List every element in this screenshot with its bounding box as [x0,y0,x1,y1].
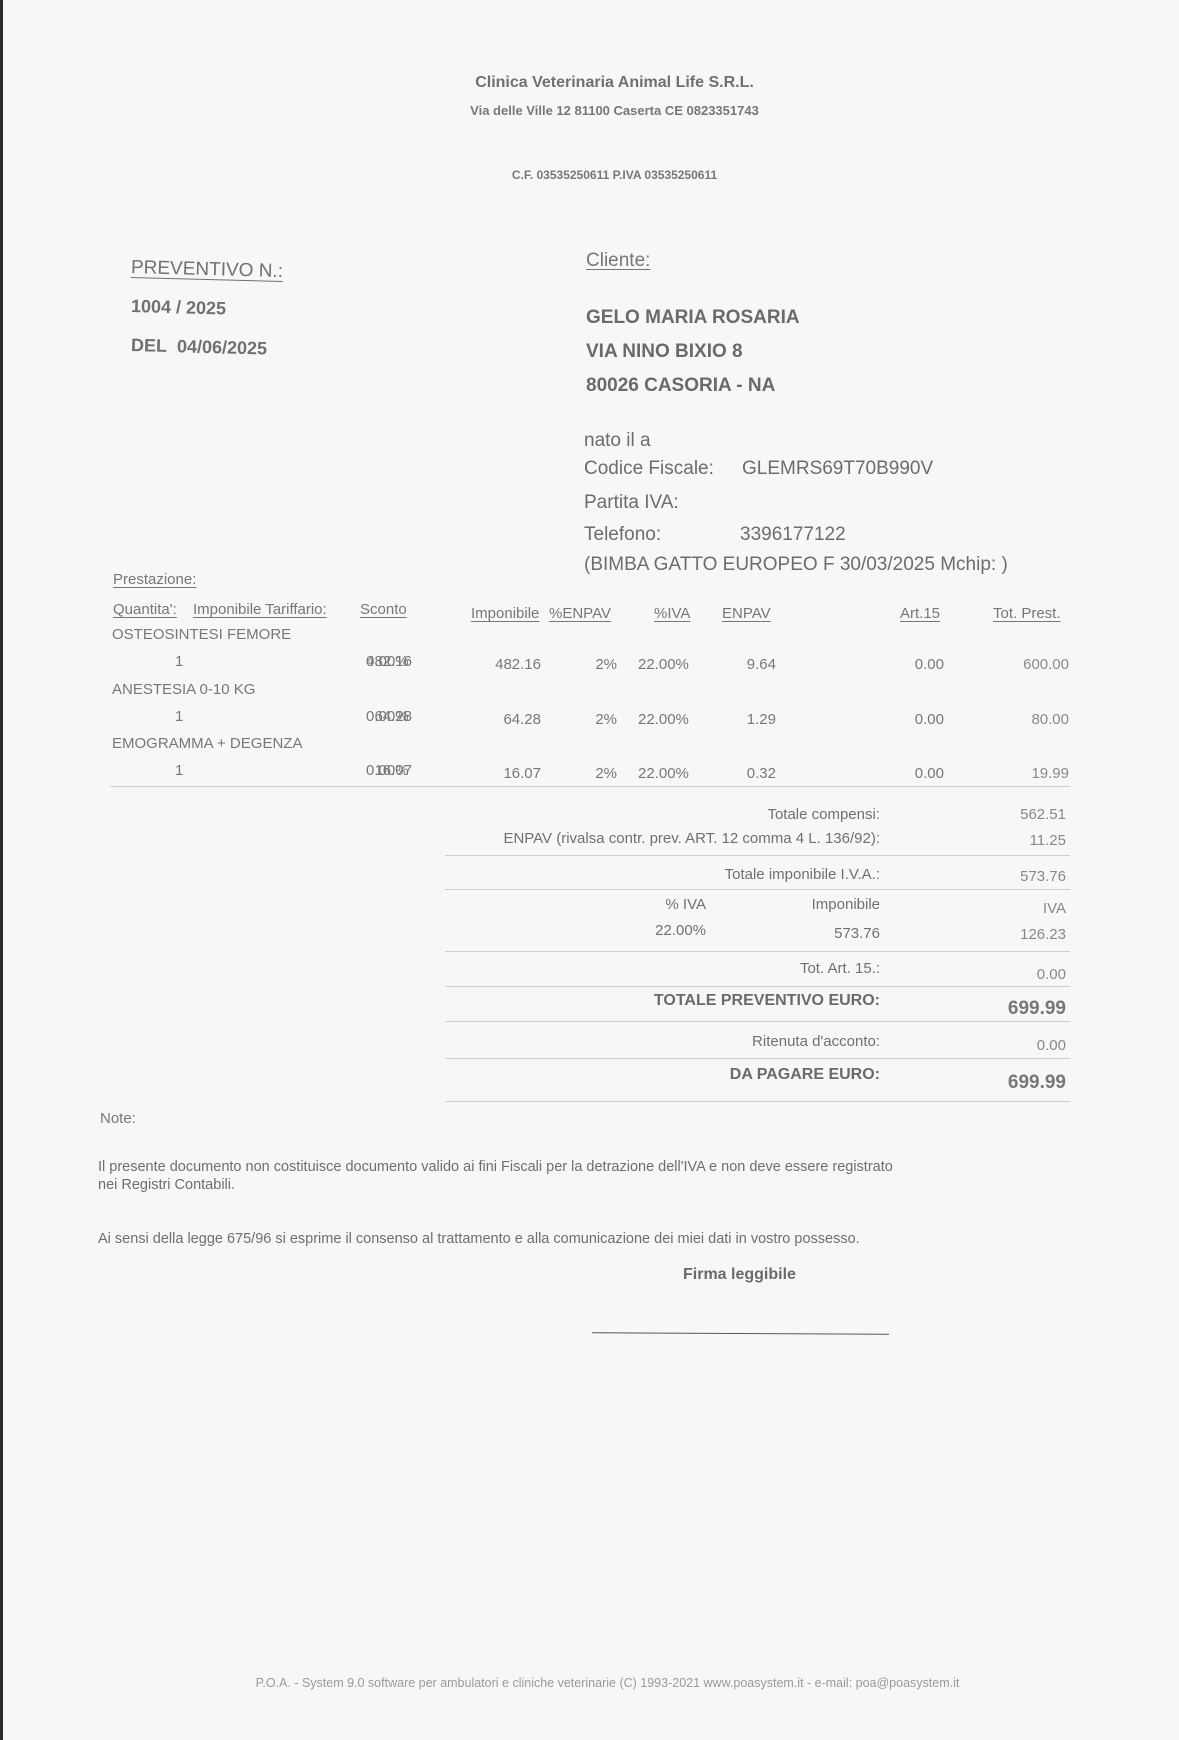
summary-divider [445,1058,1070,1059]
row-enpav: 9.64 [747,656,776,673]
signature-label: Firma leggibile [683,1266,796,1284]
row-sconto: 0.00% [366,762,409,779]
iva-col-perc: % IVA [665,896,706,913]
row-imponibile: 16.07 [503,765,541,782]
col-art15: Art.15 [900,605,940,622]
tot-art15-label: Tot. Art. 15.: [800,960,880,977]
row-tot-prest: 80.00 [1031,711,1069,728]
client-city: 80026 CASORIA - NA [586,375,775,397]
privacy-consent: Ai sensi della legge 675/96 si esprime i… [98,1231,860,1247]
client-label: Cliente: [586,250,650,272]
row-service-name: ANESTESIA 0-10 KG [112,681,255,698]
summary-divider [445,986,1070,987]
summary-divider [445,889,1070,890]
da-pagare-value: 699.99 [1008,1072,1066,1094]
row-imponibile: 482.16 [495,656,541,673]
tot-imponibile-iva-value: 573.76 [1020,868,1066,885]
summary-divider [445,855,1070,856]
totale-preventivo-value: 699.99 [1008,998,1066,1020]
iva-imponibile-value: 573.76 [834,925,880,942]
ritenuta-value: 0.00 [1037,1037,1066,1054]
clinic-fiscal-codes: C.F. 03535250611 P.IVA 03535250611 [0,168,1179,182]
enpav-rivalsa-value: 11.25 [1030,832,1066,849]
client-birth: nato il a [584,430,651,452]
row-perc-iva: 22.00% [638,765,689,782]
section-label-prestazione: Prestazione: [113,571,196,588]
row-quantity: 1 [175,653,183,670]
col-perc-iva: %IVA [654,605,690,622]
col-quantita: Quantita': [113,601,177,618]
row-enpav: 1.29 [747,711,776,728]
enpav-rivalsa-label: ENPAV (rivalsa contr. prev. ART. 12 comm… [503,830,880,847]
page-edge-shadow [0,0,3,1740]
row-quantity: 1 [175,762,183,779]
client-phone-label: Telefono: [584,524,661,546]
col-enpav: ENPAV [722,605,771,622]
client-address: VIA NINO BIXIO 8 [586,341,743,363]
col-perc-enpav: %ENPAV [549,605,611,622]
client-cf-label: Codice Fiscale: [584,458,714,480]
da-pagare-label: DA PAGARE EURO: [730,1066,880,1084]
tot-imponibile-iva-label: Totale imponibile I.V.A.: [725,866,880,883]
col-imponibile-tariffario: Imponibile Tariffario: [193,601,327,618]
row-perc-iva: 22.00% [638,656,689,673]
totale-compensi-label: Totale compensi: [767,806,880,823]
quote-label: PREVENTIVO N.: [131,257,284,283]
client-phone-value: 3396177122 [740,524,846,546]
ritenuta-label: Ritenuta d'acconto: [752,1033,880,1050]
row-tot-prest: 19.99 [1031,765,1069,782]
row-perc-iva: 22.00% [638,711,689,728]
row-enpav: 0.32 [747,765,776,782]
clinic-name: Clinica Veterinaria Animal Life S.R.L. [0,74,1179,92]
row-quantity: 1 [175,708,183,725]
iva-col-imponibile: Imponibile [812,896,880,913]
row-perc-enpav: 2% [595,765,617,782]
notes-line-2: nei Registri Contabili. [98,1177,235,1193]
notes-label: Note: [100,1110,136,1127]
signature-line [592,1332,889,1335]
totale-preventivo-label: TOTALE PREVENTIVO EURO: [654,992,880,1010]
client-piva-label: Partita IVA: [584,492,679,514]
row-imponibile: 64.28 [503,711,541,728]
row-service-name: EMOGRAMMA + DEGENZA [112,735,302,752]
iva-perc-value: 22.00% [655,922,706,939]
col-imponibile: Imponibile [471,605,539,622]
summary-divider [445,1101,1070,1102]
col-tot-prest: Tot. Prest. [993,605,1061,622]
software-footer: P.O.A. - System 9.0 software per ambulat… [0,1676,1179,1690]
row-art15: 0.00 [915,711,944,728]
summary-divider [445,951,1070,952]
row-perc-enpav: 2% [595,656,617,673]
row-sconto: 0.00% [366,708,409,725]
iva-col-iva: IVA [1043,900,1066,917]
row-perc-enpav: 2% [595,711,617,728]
totale-compensi-value: 562.51 [1020,806,1066,823]
summary-divider [445,1021,1070,1022]
notes-line-1: Il presente documento non costituisce do… [98,1159,893,1175]
client-animal: (BIMBA GATTO EUROPEO F 30/03/2025 Mchip:… [584,554,1008,576]
clinic-address: Via delle Ville 12 81100 Caserta CE 0823… [0,103,1179,118]
tot-art15-value: 0.00 [1037,966,1066,983]
quote-date: DEL 04/06/2025 [131,335,268,360]
row-tot-prest: 600.00 [1023,656,1069,673]
client-cf-value: GLEMRS69T70B990V [742,458,933,480]
row-service-name: OSTEOSINTESI FEMORE [112,626,291,643]
quote-date-label: DEL [131,335,168,356]
quote-number: 1004 / 2025 [131,296,227,319]
row-sconto: 0.00% [366,653,409,670]
col-sconto: Sconto [360,601,407,618]
row-art15: 0.00 [915,656,944,673]
iva-value: 126.23 [1020,926,1066,943]
table-divider [110,786,1070,787]
row-art15: 0.00 [915,765,944,782]
client-name: GELO MARIA ROSARIA [586,307,800,329]
quote-date-value: 04/06/2025 [177,336,268,358]
